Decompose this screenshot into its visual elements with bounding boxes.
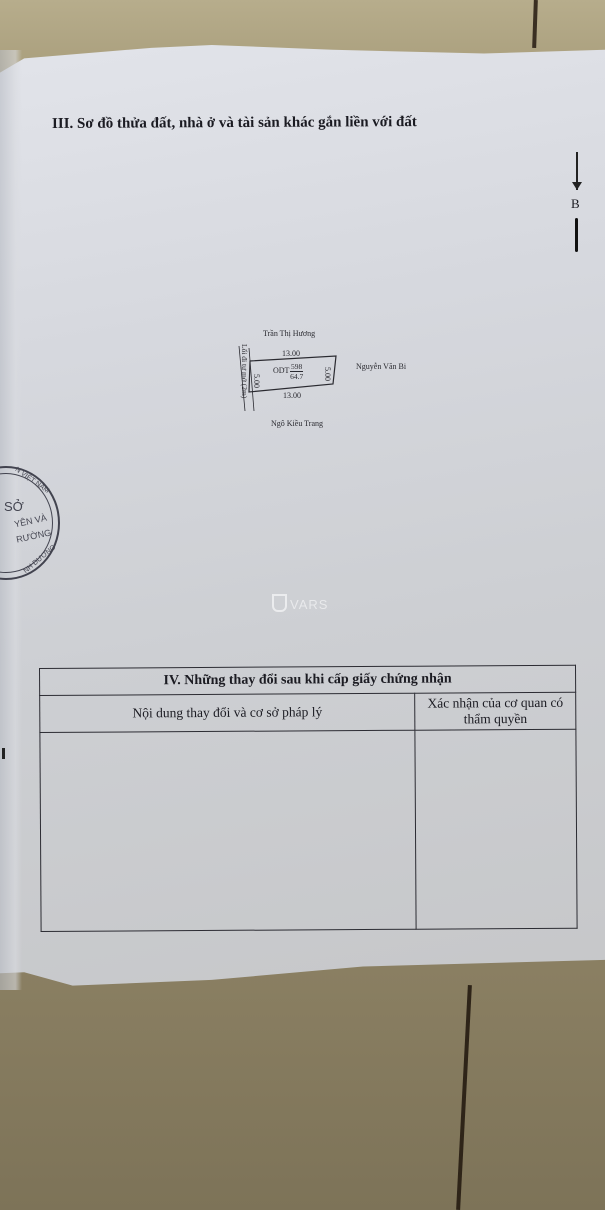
table-row (40, 729, 577, 931)
margin-mark (2, 748, 5, 759)
section-iii-title: III. Sơ đồ thửa đất, nhà ở và tài sản kh… (52, 114, 417, 133)
north-label: B (571, 196, 580, 212)
change-content-cell (40, 730, 416, 931)
authority-confirmation-cell (415, 729, 577, 929)
vars-logo-icon (272, 594, 287, 612)
column-header-confirmation: Xác nhận của cơ quan có thẩm quyền (415, 692, 576, 730)
changes-table: IV. Những thay đổi sau khi cấp giấy chứn… (39, 665, 578, 932)
watermark-text: VARS (290, 597, 328, 612)
floor-seam (456, 985, 472, 1210)
north-arrow-icon: B (568, 152, 586, 254)
column-header-content: Nội dung thay đổi và cơ sở pháp lý (40, 693, 415, 732)
stamp-text: SỞ (4, 499, 24, 514)
section-iv-title: IV. Những thay đổi sau khi cấp giấy chứn… (40, 665, 576, 695)
watermark: VARS (272, 594, 328, 612)
floor-seam (532, 0, 538, 48)
